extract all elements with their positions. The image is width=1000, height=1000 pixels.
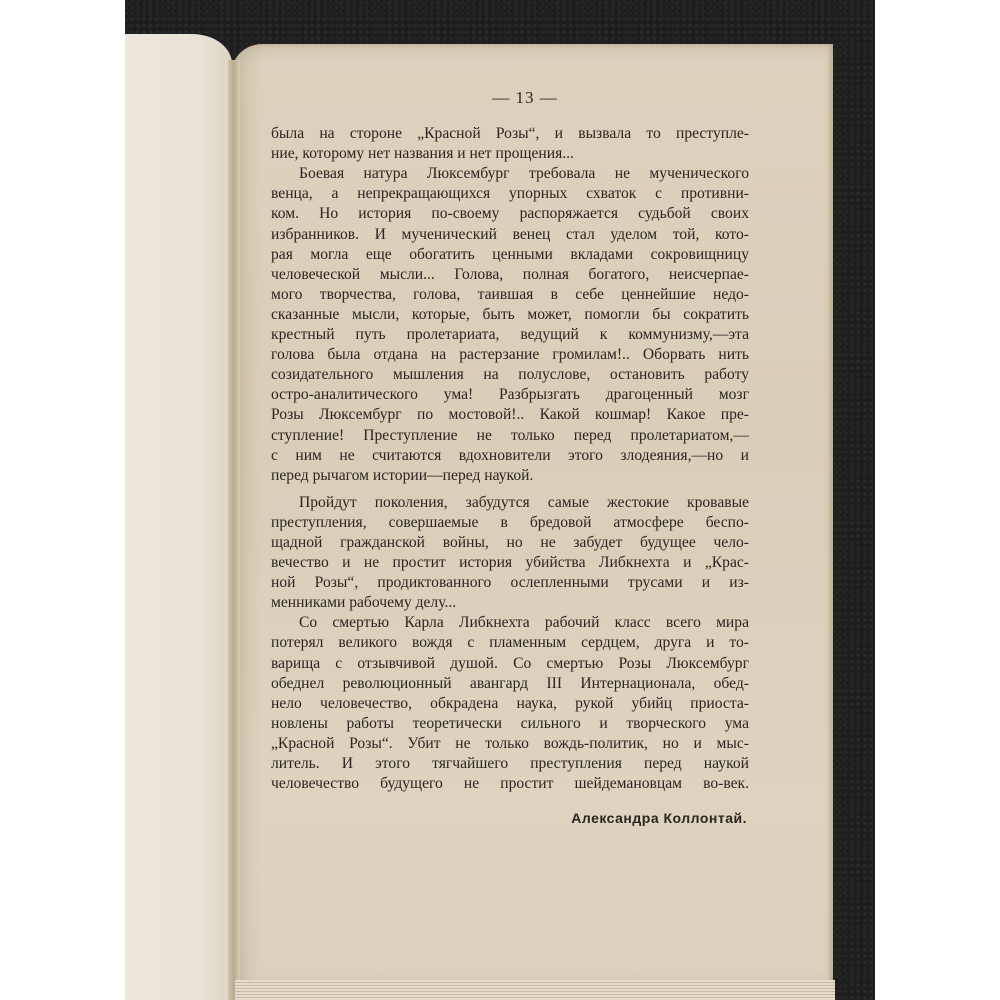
text-line: варища с отзывчивой душой. Со смертью Ро… [271, 654, 749, 674]
text-line: сказанные мысли, которые, быть может, по… [271, 305, 749, 325]
text-line: ние, которому нет названия и нет прощени… [271, 144, 749, 164]
text-line: ной Розы“, продиктованного ослепленными … [271, 573, 749, 593]
text-line: остро-аналитического ума! Разбрызгать др… [271, 385, 749, 405]
left-page [125, 34, 232, 1000]
paragraph: Пройдут поколения, забудутся самые жесто… [271, 493, 749, 614]
text-line: Розы Люксембург по мостовой!.. Какой кош… [271, 405, 749, 425]
page-edge [235, 980, 835, 1000]
paragraph: Со смертью Карла Либкнехта рабочий класс… [271, 613, 749, 794]
text-line: мого творчества, голова, таившая в себе … [271, 285, 749, 305]
text-line: человечество будущего не простит шейдема… [271, 774, 749, 794]
text-line: была на стороне „Красной Розы“, и вызвал… [271, 124, 749, 144]
text-line: избранников. И мученический венец стал у… [271, 225, 749, 245]
text-line: Боевая натура Люксембург требовала не му… [271, 164, 749, 184]
text-line: с ним не считаются вдохновители этого зл… [271, 446, 749, 466]
text-line: созидательного мышления на полуслове, ос… [271, 365, 749, 385]
text-line: нело человечество, обкрадена наука, руко… [271, 694, 749, 714]
text-line: человеческой мысли... Голова, полная бог… [271, 265, 749, 285]
text-line: голова была отдана на растерзание громил… [271, 345, 749, 365]
text-line: менниками рабочему делу... [271, 593, 749, 613]
book-gutter [228, 60, 240, 1000]
text-line: „Красной Розы“. Убит не только вождь-пол… [271, 734, 749, 754]
text-line: рая могла еще обогатить ценными вкладами… [271, 245, 749, 265]
paragraph: была на стороне „Красной Розы“, и вызвал… [271, 124, 749, 164]
text-line: перед рычагом истории—перед наукой. [271, 466, 749, 486]
text-line: ком. Но история по-своему распоряжается … [271, 204, 749, 224]
text-line: щадной гражданской войны, но не забудет … [271, 533, 749, 553]
text-line: преступления, совершаемые в бредовой атм… [271, 513, 749, 533]
text-line: потерял великого вождя с пламенным сердц… [271, 633, 749, 653]
text-line: крестный путь пролетариата, ведущий к ко… [271, 325, 749, 345]
text-line: вечество и не простит история убийства Л… [271, 553, 749, 573]
page-text: — 13 — была на стороне „Красной Розы“, и… [271, 88, 749, 828]
author-signature: Александра Коллонтай. [271, 808, 749, 828]
text-line: литель. И этого тягчайшего преступления … [271, 754, 749, 774]
text-line: Пройдут поколения, забудутся самые жесто… [271, 493, 749, 513]
text-line: Со смертью Карла Либкнехта рабочий класс… [271, 613, 749, 633]
paragraph: Боевая натура Люксембург требовала не му… [271, 164, 749, 486]
text-line: венца, а непрекращающихся упорных схвато… [271, 184, 749, 204]
text-line: ступление! Преступление не только перед … [271, 426, 749, 446]
text-line: новлены работы теоретически сильного и т… [271, 714, 749, 734]
page-number: — 13 — [271, 88, 749, 108]
text-line: обеднел революционный авангард III Интер… [271, 674, 749, 694]
